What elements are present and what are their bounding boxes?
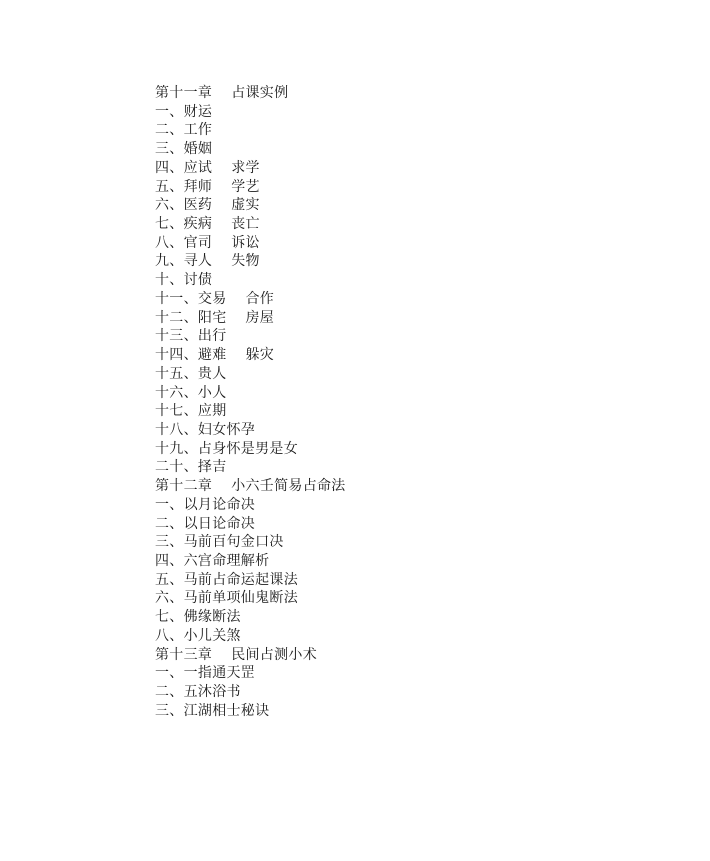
toc-item: 十七、应期: [155, 402, 346, 421]
toc-item: 四、应试 求学: [155, 159, 346, 178]
chapter-heading-13: 第十三章 民间占测小术: [155, 646, 346, 665]
toc-item: 一、以月论命决: [155, 496, 346, 515]
toc-item: 十八、妇女怀孕: [155, 421, 346, 440]
toc-item: 四、六宫命理解析: [155, 552, 346, 571]
toc-item: 十三、出行: [155, 327, 346, 346]
toc-item: 一、一指通天罡: [155, 664, 346, 683]
toc-item: 一、财运: [155, 103, 346, 122]
toc-item: 二、工作: [155, 121, 346, 140]
toc-item: 五、马前占命运起课法: [155, 571, 346, 590]
toc-item: 六、医药 虚实: [155, 196, 346, 215]
toc-item: 二十、择吉: [155, 458, 346, 477]
table-of-contents: 第十一章 占课实例 一、财运 二、工作 三、婚姻 四、应试 求学 五、拜师 学艺…: [155, 84, 346, 720]
chapter-heading-11: 第十一章 占课实例: [155, 84, 346, 103]
toc-item: 十九、占身怀是男是女: [155, 440, 346, 459]
toc-item: 三、马前百句金口决: [155, 533, 346, 552]
toc-item: 七、佛缘断法: [155, 608, 346, 627]
toc-item: 十六、小人: [155, 384, 346, 403]
toc-item: 十一、交易 合作: [155, 290, 346, 309]
toc-item: 三、江湖相士秘诀: [155, 702, 346, 721]
toc-item: 二、五沐浴书: [155, 683, 346, 702]
toc-item: 十五、贵人: [155, 365, 346, 384]
chapter-heading-12: 第十二章 小六壬简易占命法: [155, 477, 346, 496]
toc-item: 十四、避难 躲灾: [155, 346, 346, 365]
toc-item: 五、拜师 学艺: [155, 178, 346, 197]
toc-item: 九、寻人 失物: [155, 252, 346, 271]
toc-item: 六、马前单项仙鬼断法: [155, 589, 346, 608]
toc-item: 八、小儿关煞: [155, 627, 346, 646]
toc-item: 三、婚姻: [155, 140, 346, 159]
toc-item: 十二、阳宅 房屋: [155, 309, 346, 328]
toc-item: 十、讨债: [155, 271, 346, 290]
toc-item: 八、官司 诉讼: [155, 234, 346, 253]
toc-item: 二、以日论命决: [155, 515, 346, 534]
toc-item: 七、疾病 丧亡: [155, 215, 346, 234]
